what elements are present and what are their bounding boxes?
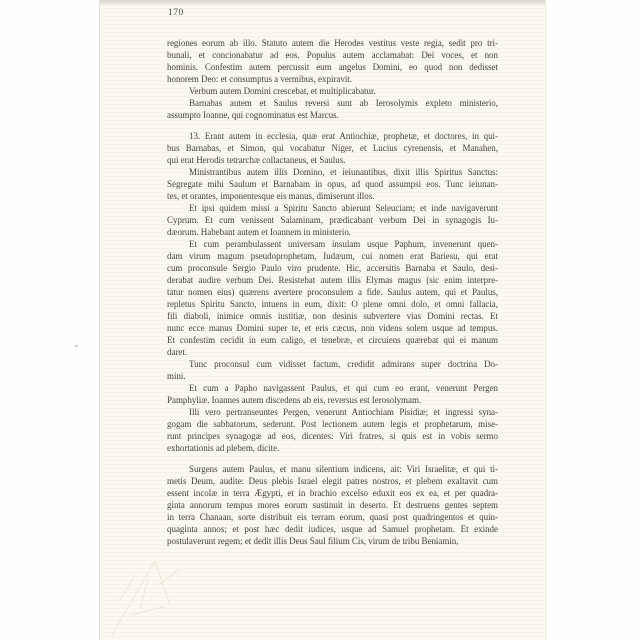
text-line: bunali, et concionabatur ad eos. Populus… [167,49,498,61]
paragraph: Et ipsi quidem missi a Spiritu Sancto ab… [167,202,498,238]
paragraph: 13. Erant autem in ecclesia, quæ erat An… [167,130,498,166]
paragraph: Illi vero pertranseuntes Pergen, venerun… [167,406,498,454]
paragraph: Et cum perambulassent universam insulam … [167,238,498,358]
text-line: Surgens autem Paulus, et manu silentium … [167,463,498,475]
text-line: quaginta annos; et post hæc dedit iudice… [167,523,498,535]
text-line: runt principes synagogæ ad eos, dicentes… [167,430,498,442]
text-line: 13. Erant autem in ecclesia, quæ erat An… [167,130,498,142]
text-line: derabat audire verbum Dei. Resistebat au… [167,274,498,286]
text-column: regiones eorum ab illo. Statuto autem di… [167,37,498,547]
text-line: postulaverunt regem; et dedit illis Deus… [167,535,498,547]
text-line: dæorum. Habebant autem et Ioannem in min… [167,226,498,238]
text-line: Tunc proconsul cum vidisset factum, cred… [167,358,498,370]
text-line: Et cum a Papho navigassent Paulus, et qu… [167,382,498,394]
text-line: nunc ecce manus Domini super te, et eris… [167,322,498,334]
text-line: cum proconsule Sergio Paulo viro prudent… [167,262,498,274]
paragraph: Et cum a Papho navigassent Paulus, et qu… [167,382,498,406]
text-line: hominis. Confestim autem percussit eum a… [167,61,498,73]
text-line: mini. [167,370,498,382]
paragraph: Verbum autem Domini crescebat, et multip… [167,85,498,97]
text-line: honorem Deo: et consumptus a vermibus, e… [167,73,498,85]
text-line: Verbum autem Domini crescebat, et multip… [167,85,498,97]
text-line: Pamphyliæ. Ioannes autem discedens ab ei… [167,394,498,406]
text-line: Et ipsi quidem missi a Spiritu Sancto ab… [167,202,498,214]
text-line: exhortationis ad plebem, dicite. [167,442,498,454]
text-line: qui erat Herodis tetrarchæ collactaneus,… [167,154,498,166]
text-line: ginta annorum tempus mores eorum sustinu… [167,499,498,511]
text-line: Ministrantibus autem illis Domino, et ie… [167,166,498,178]
text-line: tes, et orantes, imponentesque eis manus… [167,190,498,202]
show-through-sketch-marks [100,545,200,640]
text-line: metis Deum, audite: Deus plebis Israel e… [167,475,498,487]
text-line: bus Barnabas, et Simon, qui vocabatur Ni… [167,142,498,154]
paragraph: Tunc proconsul cum vidisset factum, cred… [167,358,498,382]
paragraph: regiones eorum ab illo. Statuto autem di… [167,37,498,85]
paper-speck [75,345,78,347]
text-line: assumpto Ioanne, qui cognominatus est Ma… [167,109,498,121]
text-line: repletus Spiritu Sancto, intuens in eum,… [167,298,498,310]
text-line: regiones eorum ab illo. Statuto autem di… [167,37,498,49]
text-line: Illi vero pertranseuntes Pergen, venerun… [167,406,498,418]
text-line: dam virum magum pseudoprophetam, Iudæum,… [167,250,498,262]
scan-background: regiones eorum ab illo. Statuto autem di… [0,0,640,640]
text-line: daret. [167,346,498,358]
text-line: tatur nomen eius) quærens avertere proco… [167,286,498,298]
text-line: Et cum perambulassent universam insulam … [167,238,498,250]
paragraph: Ministrantibus autem illis Domino, et ie… [167,166,498,202]
text-line: gogam die sabbatorum, sederunt. Post lec… [167,418,498,430]
text-line: in terra Chanaan, sorte distribuit eis t… [167,511,498,523]
text-line: Et confestim cecidit in eum caligo, et t… [167,334,498,346]
text-line: fili diaboli, inimice omnis iustitiæ, no… [167,310,498,322]
text-line: Segregate mihi Saulum et Barnabam in opu… [167,178,498,190]
book-page: regiones eorum ab illo. Statuto autem di… [99,0,546,640]
page-number: 170 [168,8,208,18]
text-line: Barnabas autem et Saulus reversi sunt ab… [167,97,498,109]
paragraph: Surgens autem Paulus, et manu silentium … [167,463,498,547]
text-line: Cyprum. Et cum venissent Salaminam, præd… [167,214,498,226]
paragraph: Barnabas autem et Saulus reversi sunt ab… [167,97,498,121]
text-line: essent incolæ in terra Ægypti, et in bra… [167,487,498,499]
